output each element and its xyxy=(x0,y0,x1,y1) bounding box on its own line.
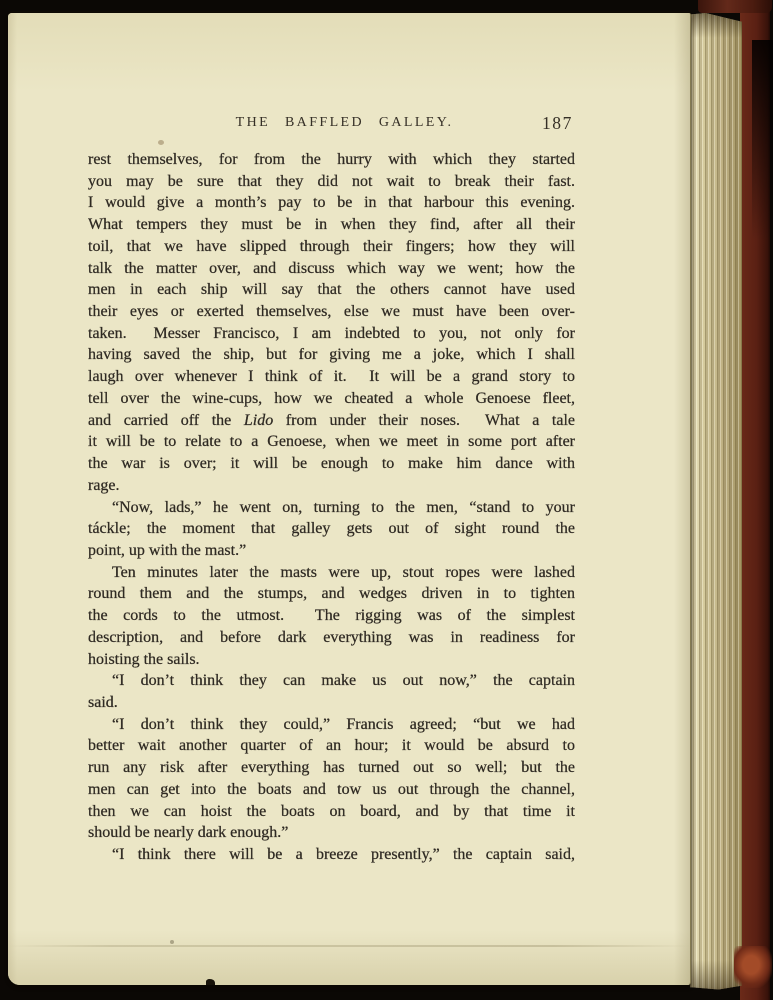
text-line: then we can hoist the boats on board, an… xyxy=(88,801,575,823)
paragraph: “I don’t think they can make us out now,… xyxy=(88,670,575,713)
page-edge-notch xyxy=(206,979,215,985)
text-line: toil, that we have slipped through their… xyxy=(88,236,575,258)
text-line: talk the matter over, and discuss which … xyxy=(88,258,575,280)
paragraph: Ten minutes later the masts were up, sto… xyxy=(88,562,575,671)
running-header: THE BAFFLED GALLEY. 187 xyxy=(88,114,575,134)
text-line: “Now, lads,” he went on, turning to the … xyxy=(88,497,575,519)
cover-shadow xyxy=(752,40,773,240)
text-line: the cords to the utmost. The rigging was… xyxy=(88,605,575,627)
text-line: laugh over whenever I think of it. It wi… xyxy=(88,366,575,388)
text-line: men can get into the boats and tow us ou… xyxy=(88,779,575,801)
text-line: run any risk after everything has turned… xyxy=(88,757,575,779)
text-line: said. xyxy=(88,692,575,714)
text-line: rage. xyxy=(88,475,575,497)
text-block: rest themselves, for from the hurry with… xyxy=(88,149,575,866)
text-line: What tempers they must be in when they f… xyxy=(88,214,575,236)
paragraph: “I don’t think they could,” Francis agre… xyxy=(88,714,575,844)
text-line: the war is over; it will be enough to ma… xyxy=(88,453,575,475)
text-line: táckle; the moment that galley gets out … xyxy=(88,518,575,540)
paragraph: rest themselves, for from the hurry with… xyxy=(88,149,575,497)
text-line: men in each ship will say that the other… xyxy=(88,279,575,301)
text-line: better wait another quarter of an hour; … xyxy=(88,735,575,757)
text-line: point, up with the mast.” xyxy=(88,540,575,562)
text-line: tell over the wine-cups, how we cheated … xyxy=(88,388,575,410)
paragraph: “I think there will be a breeze presentl… xyxy=(88,844,575,866)
text-line: “I think there will be a breeze presentl… xyxy=(88,844,575,866)
text-line: hoisting the sails. xyxy=(88,649,575,671)
text-line: round them and the stumps, and wedges dr… xyxy=(88,583,575,605)
text-line: having saved the ship, but for giving me… xyxy=(88,344,575,366)
paper-speck xyxy=(158,140,164,145)
text-line: “I don’t think they can make us out now,… xyxy=(88,670,575,692)
page-crease xyxy=(8,945,690,947)
page-number: 187 xyxy=(542,113,573,134)
text-line: “I don’t think they could,” Francis agre… xyxy=(88,714,575,736)
text-line: you may be sure that they did not wait t… xyxy=(88,171,575,193)
text-line: should be nearly dark enough.” xyxy=(88,822,575,844)
book-page: THE BAFFLED GALLEY. 187 rest themselves,… xyxy=(8,13,691,985)
paper-speck xyxy=(170,940,174,944)
text-line: and carried off the Lido from under thei… xyxy=(88,410,575,432)
text-line: description, and before dark everything … xyxy=(88,627,575,649)
book-photo: THE BAFFLED GALLEY. 187 rest themselves,… xyxy=(0,0,773,1000)
paragraph: “Now, lads,” he went on, turning to the … xyxy=(88,497,575,562)
text-line: Ten minutes later the masts were up, sto… xyxy=(88,562,575,584)
text-line: taken. Messer Francisco, I am indebted t… xyxy=(88,323,575,345)
page-title: THE BAFFLED GALLEY. xyxy=(236,115,454,131)
text-line: I would give a month’s pay to be in that… xyxy=(88,192,575,214)
book-cover-top-corner xyxy=(698,0,772,13)
book-cover-bottom-corner xyxy=(734,946,772,988)
text-line: it will be to relate to a Genoese, when … xyxy=(88,431,575,453)
page-stack-fore-edge xyxy=(690,12,742,990)
text-line: their eyes or exerted themselves, else w… xyxy=(88,301,575,323)
text-line: rest themselves, for from the hurry with… xyxy=(88,149,575,171)
